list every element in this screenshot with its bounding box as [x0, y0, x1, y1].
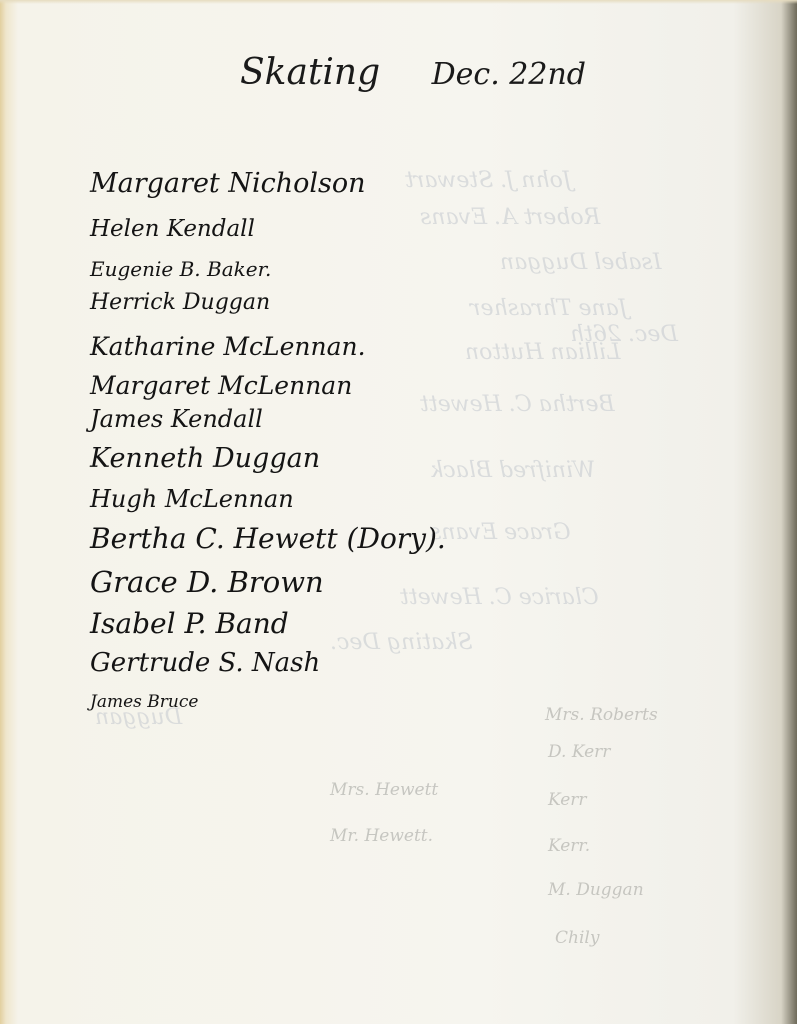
- bleed-through-text: Grace Evans: [430, 520, 571, 545]
- signature-entry: James Bruce: [90, 692, 198, 712]
- heading-title: Skating: [240, 52, 380, 93]
- bleed-through-text: Winifred Black: [430, 458, 595, 483]
- pencil-note: Kerr: [548, 790, 587, 810]
- signature-entry: Margaret Nicholson: [90, 168, 366, 199]
- pencil-note: M. Duggan: [548, 880, 644, 900]
- signature-entry: James Kendall: [90, 405, 263, 433]
- pencil-note: Chily: [555, 928, 599, 948]
- signature-entry: Helen Kendall: [90, 216, 255, 242]
- scanned-page: John J. StewartRobert A. EvansIsabel Dug…: [0, 0, 797, 1024]
- bleed-through-text: Clarice C. Hewett: [400, 585, 599, 610]
- signature-entry: Margaret McLennan: [90, 371, 352, 400]
- heading-date: Dec. 22nd: [432, 57, 586, 92]
- signature-entry: Katharine McLennan.: [90, 332, 366, 361]
- bleed-through-text: Jane Thrasher: [470, 296, 628, 321]
- bleed-through-text: Skating Dec.: [330, 630, 473, 655]
- signature-entry: Gertrude S. Nash: [90, 648, 320, 678]
- signature-entry: Hugh McLennan: [90, 485, 294, 513]
- signature-entry: Kenneth Duggan: [90, 443, 320, 474]
- pencil-note: Mr. Hewett.: [330, 826, 433, 846]
- pencil-note: Mrs. Hewett: [330, 780, 438, 800]
- bleed-through-text: Isabel Duggan: [500, 250, 662, 275]
- pencil-note: Mrs. Roberts: [545, 705, 658, 725]
- pencil-note: D. Kerr: [548, 742, 610, 762]
- bleed-through-text: John J. Stewart: [405, 168, 572, 193]
- pencil-note: Kerr.: [548, 836, 590, 856]
- bleed-through-text: Bertha C. Hewett: [420, 392, 615, 417]
- signature-entry: Isabel P. Band: [90, 607, 289, 640]
- page-heading: Skating Dec. 22nd: [240, 52, 586, 93]
- bleed-through-text: Robert A. Evans: [420, 205, 600, 230]
- bleed-through-text: Dec. 26th: [570, 322, 678, 347]
- signature-entry: Eugenie B. Baker.: [90, 257, 271, 281]
- signature-entry: Bertha C. Hewett (Dory).: [90, 522, 446, 555]
- signature-entry: Grace D. Brown: [90, 565, 324, 599]
- signature-entry: Herrick Duggan: [90, 290, 270, 315]
